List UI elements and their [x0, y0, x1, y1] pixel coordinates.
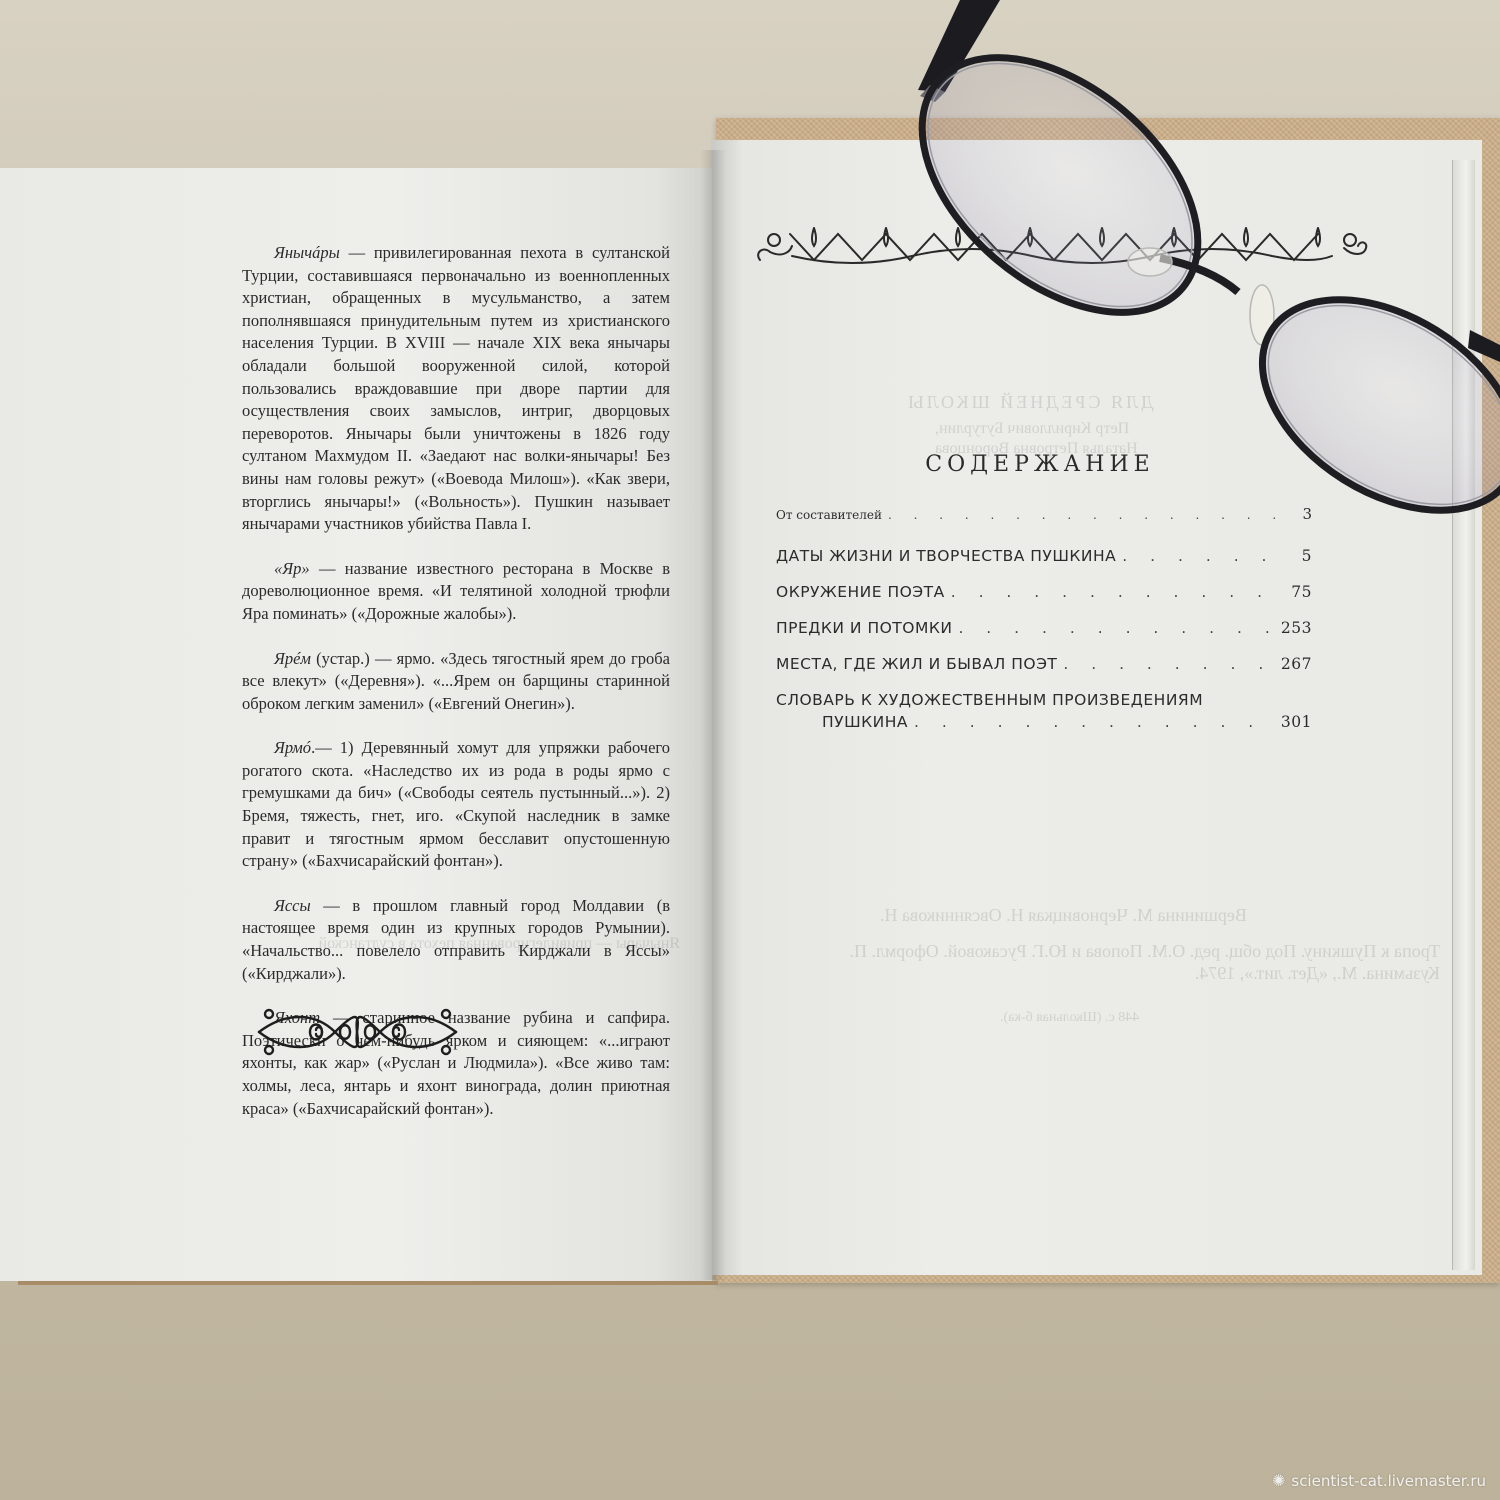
- ghost-text-right-line1: Петр Кириллович Бутурлин,: [935, 420, 1129, 438]
- toc-item-label-line2: ПУШКИНА: [822, 713, 908, 731]
- toc-item: ПРЕДКИ И ПОТОМКИ . . . . . . . . . . . .…: [776, 619, 1312, 637]
- book-cover-left-edge: [18, 1281, 718, 1285]
- ghost-text-right-line5: 448 с. (Школьная б-ка).: [1000, 1010, 1139, 1026]
- glossary-entry: «Яр» — название известного ресторана в М…: [242, 558, 670, 626]
- glossary-entry: Ярéм (устар.) — ярмо. «Здесь тягостный я…: [242, 648, 670, 716]
- toc-item: МЕСТА, ГДЕ ЖИЛ И БЫВАЛ ПОЭТ . . . . . . …: [776, 655, 1312, 673]
- glossary-entry: Ярмó.— 1) Деревянный хомут для упряжки р…: [242, 737, 670, 873]
- toc-item-page: 267: [1281, 655, 1312, 673]
- toc-item-label: ДАТЫ ЖИЗНИ И ТВОРЧЕСТВА ПУШКИНА: [776, 547, 1116, 565]
- toc-item-label: СЛОВАРЬ К ХУДОЖЕСТВЕННЫМ ПРОИЗВЕДЕНИЯМ: [776, 691, 1312, 709]
- page-stack-edge: [1452, 160, 1475, 1270]
- glossary-entry: Яссы — в прошлом главный город Молдавии …: [242, 895, 670, 985]
- toc-title: СОДЕРЖАНИЕ: [760, 452, 1320, 477]
- toc-item-label: ОКРУЖЕНИЕ ПОЭТА: [776, 583, 945, 601]
- toc-item-page: 3: [1292, 505, 1312, 523]
- toc-leader-dots: . . . . . . . . . . . . . . . . . . . . …: [888, 508, 1286, 522]
- toc-leader-dots: . . . . . . . . . . . . . . . . . . . . …: [1063, 655, 1275, 673]
- toc-leader-dots: . . . . . . . . . . . . . . . . . . . . …: [914, 713, 1275, 731]
- ghost-text-right-title: ДЛЯ СРЕДНЕЙ ШКОЛЫ: [905, 392, 1154, 413]
- toc-item-label: ПРЕДКИ И ПОТОМКИ: [776, 619, 952, 637]
- glossary-term: «Яр»: [274, 559, 310, 578]
- glossary-term: Яссы: [274, 896, 311, 915]
- toc-item-page: 5: [1292, 547, 1312, 565]
- toc-item: СЛОВАРЬ К ХУДОЖЕСТВЕННЫМ ПРОИЗВЕДЕНИЯМ П…: [776, 691, 1312, 731]
- toc-item-page: 301: [1281, 713, 1312, 731]
- glossary-definition: .— 1) Деревянный хомут для упряжки рабоч…: [242, 738, 670, 870]
- ghost-text-right-line3: Вершинина М. Черновицкая Н. Овсянникова …: [880, 905, 1247, 926]
- table-of-contents: От составителей . . . . . . . . . . . . …: [776, 505, 1312, 749]
- toc-leader-dots: . . . . . . . . . . . . . . . . . . . . …: [1122, 547, 1286, 565]
- zigzag-ornament-icon: [752, 220, 1372, 270]
- toc-item-label: От составителей: [776, 508, 882, 522]
- toc-item-page: 253: [1281, 619, 1312, 637]
- snowflake-star-icon: ✺: [1272, 1471, 1285, 1490]
- toc-item: ДАТЫ ЖИЗНИ И ТВОРЧЕСТВА ПУШКИНА . . . . …: [776, 547, 1312, 565]
- ghost-text-right-line4: Тропа к Пушкину. Под общ. ред. О.М. Попо…: [780, 940, 1440, 984]
- toc-item: ОКРУЖЕНИЕ ПОЭТА . . . . . . . . . . . . …: [776, 583, 1312, 601]
- glossary-term: Ярéм: [274, 649, 311, 668]
- glossary-definition: — привилегированная пехота в султанской …: [242, 243, 670, 533]
- glossary-entry: Янычáры — привилегированная пехота в сул…: [242, 242, 670, 536]
- toc-item: От составителей . . . . . . . . . . . . …: [776, 505, 1312, 523]
- watermark-text: scientist-cat.livemaster.ru: [1291, 1472, 1486, 1490]
- toc-leader-dots: . . . . . . . . . . . . . . . . . . . . …: [951, 583, 1286, 601]
- toc-item-page: 75: [1291, 583, 1312, 601]
- toc-item-label: МЕСТА, ГДЕ ЖИЛ И БЫВАЛ ПОЭТ: [776, 655, 1057, 673]
- glossary-term: Янычáры: [274, 243, 340, 262]
- photo-scene: Янычары — привилегированная пехота в сул…: [0, 0, 1500, 1500]
- book-gutter: [700, 150, 726, 1280]
- scroll-ornament-icon: [255, 1000, 460, 1064]
- glossary-term: Ярмó: [274, 738, 311, 757]
- toc-leader-dots: . . . . . . . . . . . . . . . . . . . . …: [958, 619, 1274, 637]
- toc-item-continuation: ПУШКИНА . . . . . . . . . . . . . . . . …: [776, 713, 1312, 731]
- watermark: ✺ scientist-cat.livemaster.ru: [1272, 1471, 1486, 1490]
